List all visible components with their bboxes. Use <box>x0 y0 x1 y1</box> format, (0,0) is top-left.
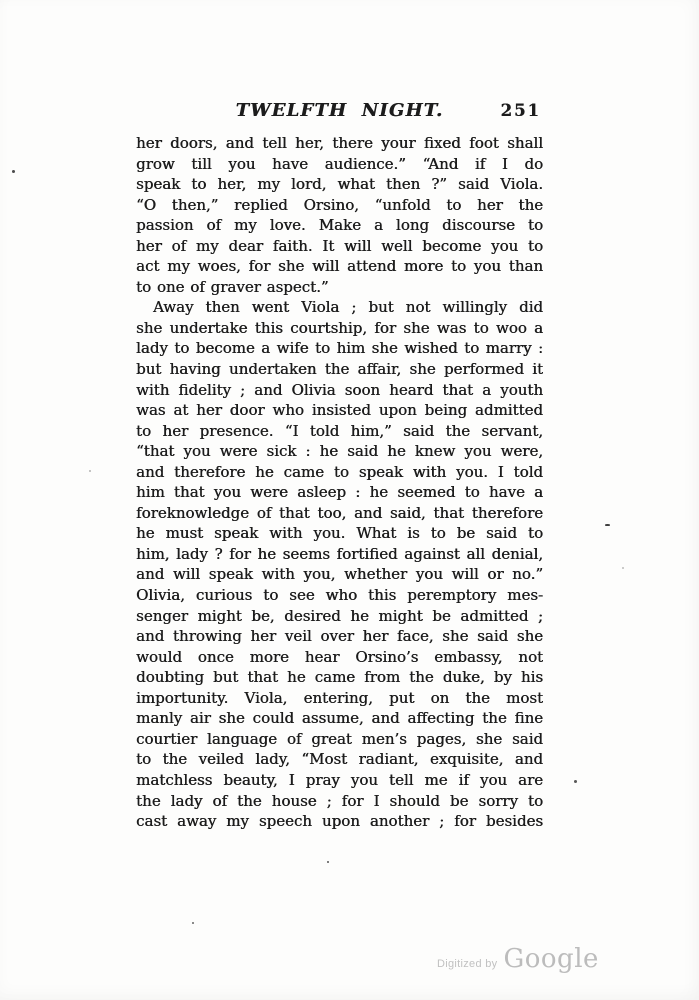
text-line: manly air she could assume, and affectin… <box>136 708 543 729</box>
book-page-scan: TWELFTH NIGHT. 251 her doors, and tell h… <box>0 0 699 1000</box>
text-line: to the veiled lady, “Most radiant, exqui… <box>136 749 543 770</box>
scan-speck <box>574 780 577 783</box>
text-line: matchless beauty, I pray you tell me if … <box>136 770 543 791</box>
text-line: and therefore he came to speak with you.… <box>136 462 543 483</box>
scan-speck <box>327 861 329 863</box>
scan-speck <box>12 170 15 173</box>
text-line: and throwing her veil over her face, she… <box>136 626 543 647</box>
text-line: passion of my love. Make a long discours… <box>136 215 543 236</box>
text-line: “O then,” replied Orsino, “unfold to her… <box>136 195 543 216</box>
text-line: was at her door who insisted upon being … <box>136 400 543 421</box>
text-line: with fidelity ; and Olivia soon heard th… <box>136 380 543 401</box>
text-line: the lady of the house ; for I should be … <box>136 791 543 812</box>
text-line: Olivia, curious to see who this perempto… <box>136 585 543 606</box>
running-header: TWELFTH NIGHT. 251 <box>136 100 543 126</box>
page-number: 251 <box>501 101 541 120</box>
text-line: to her presence. “I told him,” said the … <box>136 421 543 442</box>
text-line: foreknowledge of that too, and said, tha… <box>136 503 543 524</box>
scan-speck <box>605 524 610 526</box>
text-line: lady to become a wife to him she wished … <box>136 338 543 359</box>
text-line: to one of graver aspect.” <box>136 277 543 298</box>
text-line: would once more hear Orsino’s embassy, n… <box>136 647 543 668</box>
text-line: courtier language of great men’s pages, … <box>136 729 543 750</box>
scan-speck <box>622 567 624 569</box>
text-line: importunity. Viola, entering, put on the… <box>136 688 543 709</box>
text-line: cast away my speech upon another ; for b… <box>136 811 543 832</box>
text-line: but having undertaken the affair, she pe… <box>136 359 543 380</box>
paragraph: Away then went Viola ; but not willingly… <box>136 297 543 831</box>
text-line: “that you were sick : he said he knew yo… <box>136 441 543 462</box>
scan-speck <box>192 922 194 924</box>
google-logo-text: Google <box>503 944 598 974</box>
text-line: and will speak with you, whether you wil… <box>136 564 543 585</box>
paragraph: her doors, and tell her, there your fixe… <box>136 133 543 297</box>
text-line: her doors, and tell her, there your fixe… <box>136 133 543 154</box>
text-line: him that you were asleep : he seemed to … <box>136 482 543 503</box>
text-line: grow till you have audience.” “And if I … <box>136 154 543 175</box>
text-line: senger might be, desired he might be adm… <box>136 606 543 627</box>
text-line: she undertake this courtship, for she wa… <box>136 318 543 339</box>
digitized-by-label: Digitized by <box>437 958 497 970</box>
text-line: her of my dear faith. It will well becom… <box>136 236 543 257</box>
google-watermark: Digitized by Google <box>437 944 599 974</box>
scan-speck <box>89 470 91 472</box>
text-line: Away then went Viola ; but not willingly… <box>136 297 543 318</box>
text-line: speak to her, my lord, what then ?” said… <box>136 174 543 195</box>
text-line: act my woes, for she will attend more to… <box>136 256 543 277</box>
text-line: he must speak with you. What is to be sa… <box>136 523 543 544</box>
body-text: her doors, and tell her, there your fixe… <box>136 133 543 832</box>
page-title: TWELFTH NIGHT. <box>136 100 543 121</box>
text-line: doubting but that he came from the duke,… <box>136 667 543 688</box>
text-line: him, lady ? for he seems fortified again… <box>136 544 543 565</box>
